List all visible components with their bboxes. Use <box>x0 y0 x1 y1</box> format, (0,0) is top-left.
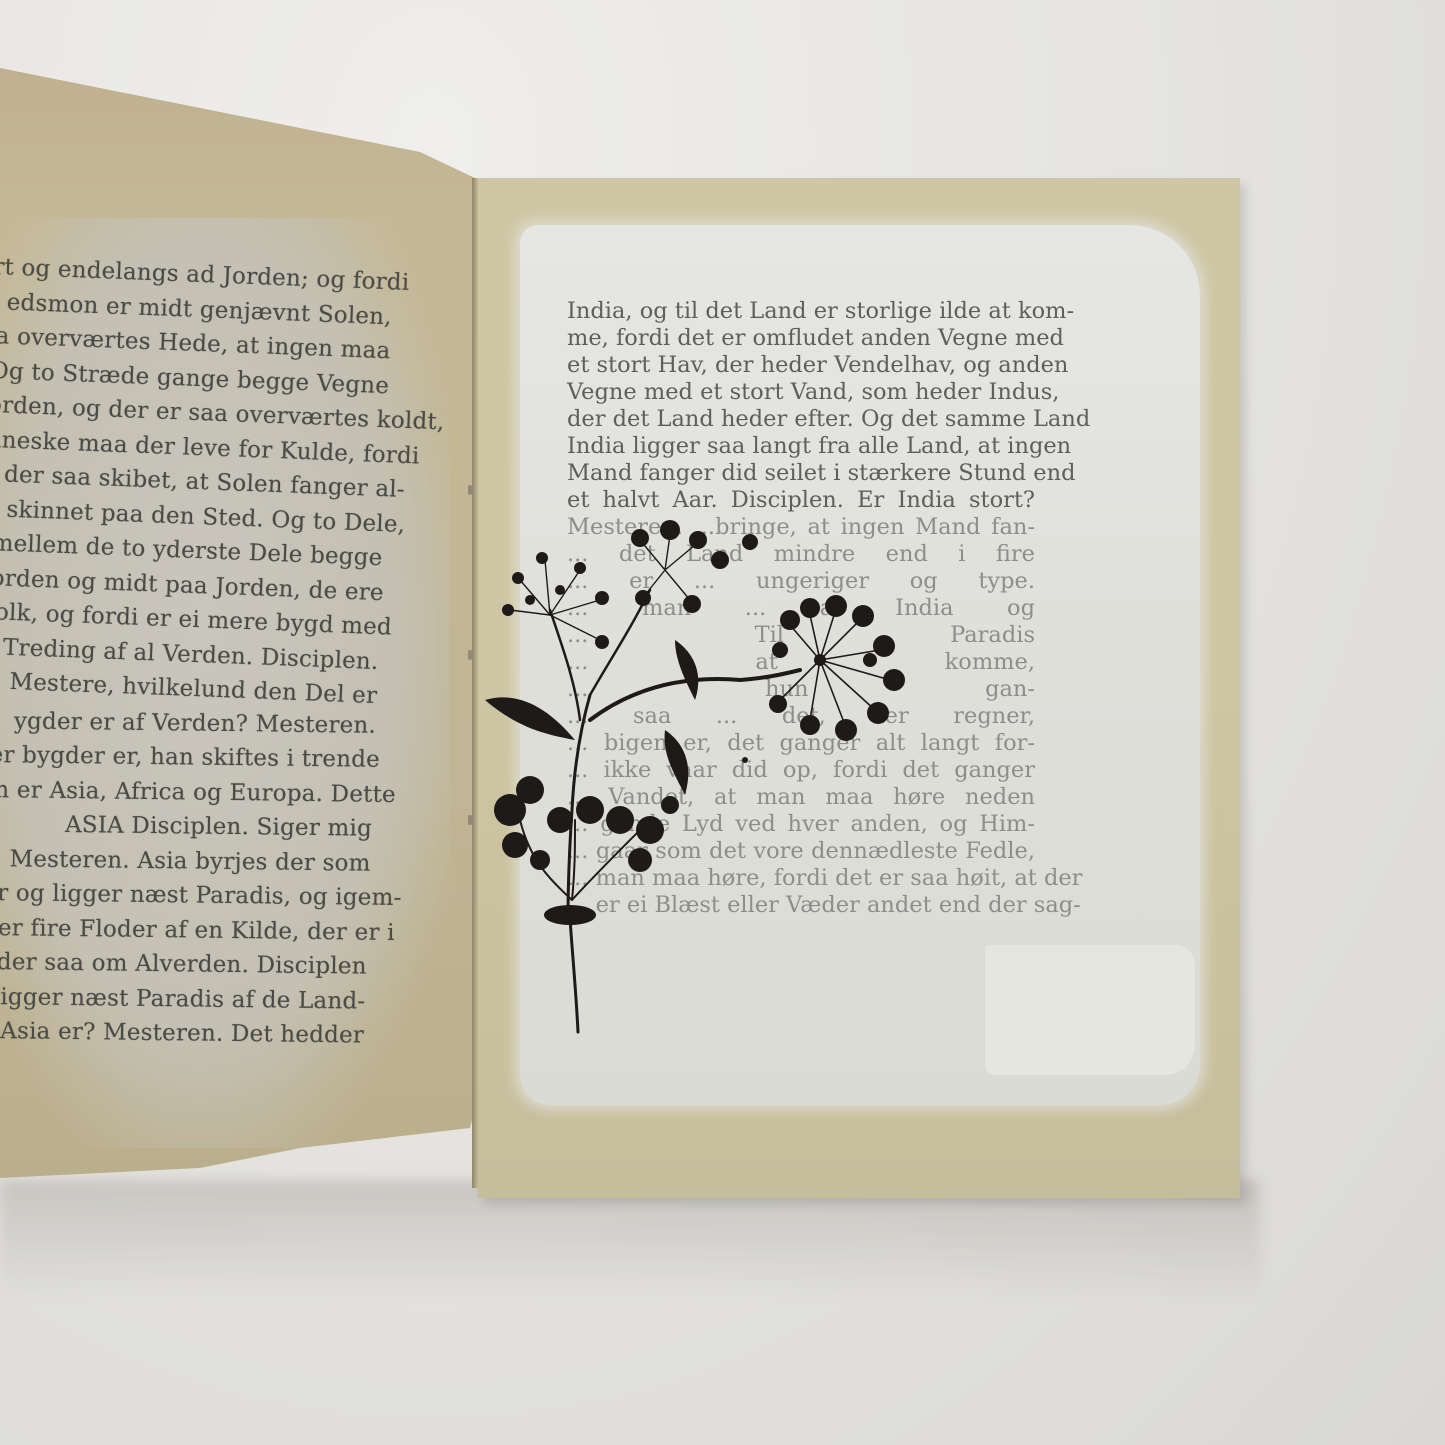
right-page-paint-patch <box>985 945 1195 1075</box>
text-line: et stort Hav, der heder Vendelhav, og an… <box>567 352 1035 379</box>
text-line: aar og ligger næst Paradis, og igem- <box>0 876 370 915</box>
binding-stitch <box>468 650 472 660</box>
text-line: der bygder er, han skiftes i trende <box>0 738 375 777</box>
text-line: ygder er af Verden? Mesteren. <box>0 703 376 742</box>
book-shadow <box>0 1180 1260 1300</box>
text-line: ASIA Disciplen. Siger mig <box>0 807 372 846</box>
text-line: der det Land heder efter. Og det samme L… <box>567 406 1035 433</box>
text-line: Mand fanger did seilet i stærkere Stund … <box>567 460 1035 487</box>
left-page-text: rt og endelangs ad Jorden; og fordi edsm… <box>0 250 394 1058</box>
text-line: India, og til det Land er storlige ilde … <box>567 298 1035 325</box>
text-line: me, fordi det er omfludet anden Vegne me… <box>567 325 1035 352</box>
text-line: India ligger saa langt fra alle Land, at… <box>567 433 1035 460</box>
pressed-flower-icon <box>480 520 920 1060</box>
text-line: Vegne med et stort Vand, som heder Indus… <box>567 379 1035 406</box>
text-line: a. Mesteren. Asia byrjes der som <box>0 841 371 880</box>
text-line: flyder saa om Alverden. Disciplen <box>0 945 367 984</box>
binding-stitch <box>468 485 472 495</box>
text-line: Asia er? Mesteren. Det hedder <box>0 1014 364 1053</box>
photo-scene: rt og endelangs ad Jorden; og fordi edsm… <box>0 0 1445 1445</box>
binding-stitch <box>468 815 472 825</box>
text-line: nder fire Floder af en Kilde, der er i <box>0 910 368 949</box>
text-line: et halvt Aar. Disciplen. Er India stort? <box>567 487 1035 514</box>
text-line: ligger næst Paradis af de Land- <box>0 979 366 1018</box>
text-line: om er Asia, Africa og Europa. Dette <box>0 772 374 811</box>
